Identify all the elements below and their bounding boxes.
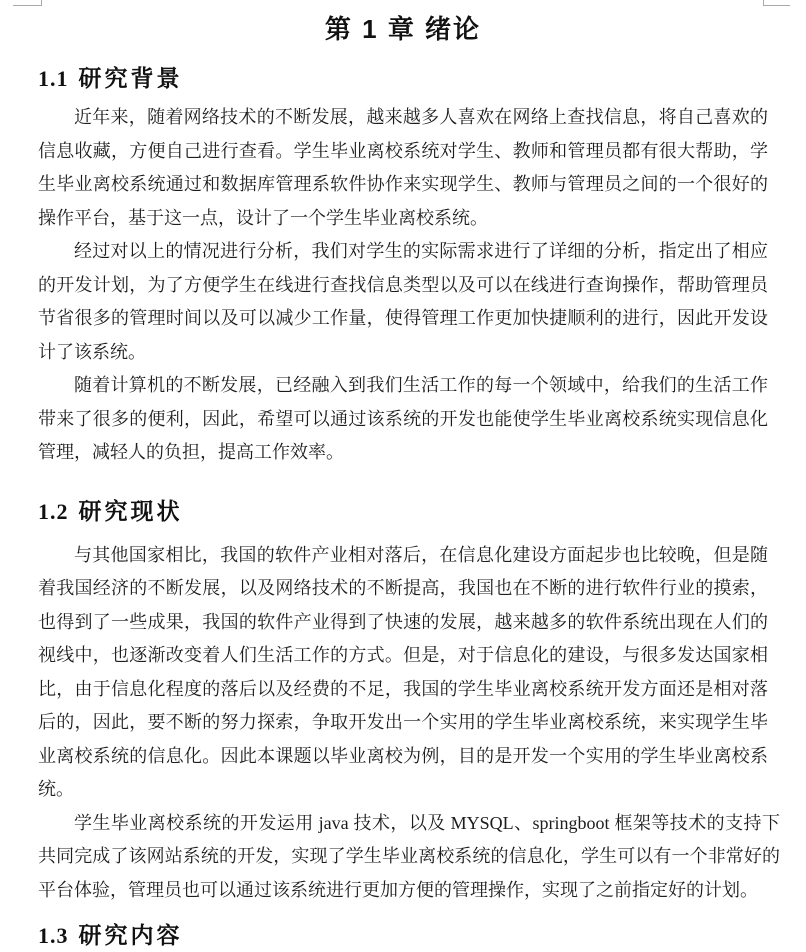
paragraph: 学生毕业离校系统的开发运用 java 技术，以及 MYSQL、springboo… <box>38 807 780 908</box>
section-heading-1-2: 1.2研究现状 <box>38 497 768 526</box>
paragraph: 随着计算机的不断发展，已经融入到我们生活工作的每一个领域中，给我们的生活工作带来… <box>38 369 768 470</box>
chapter-title: 第 1 章 绪论 <box>38 12 768 46</box>
paragraph: 与其他国家相比，我国的软件产业相对落后，在信息化建设方面起步也比较晚，但是随着我… <box>38 539 768 807</box>
section-research-content: 1.3研究内容 <box>38 921 768 950</box>
section-heading-label: 研究背景 <box>79 65 183 91</box>
text-boundary-mark-top-left-horizontal <box>13 5 41 6</box>
page-content: 第 1 章 绪论 1.1研究背景 近年来，随着网络技术的不断发展，越来越多人喜欢… <box>38 0 768 950</box>
section-heading-1-3: 1.3研究内容 <box>38 921 768 950</box>
section-heading-1-1: 1.1研究背景 <box>38 64 768 93</box>
section-heading-number: 1.1 <box>38 66 69 91</box>
section-research-background: 1.1研究背景 近年来，随着网络技术的不断发展，越来越多人喜欢在网络上查找信息，… <box>38 64 768 470</box>
document-page: 第 1 章 绪论 1.1研究背景 近年来，随着网络技术的不断发展，越来越多人喜欢… <box>0 0 806 952</box>
paragraph: 近年来，随着网络技术的不断发展，越来越多人喜欢在网络上查找信息，将自己喜欢的信息… <box>38 101 768 235</box>
section-heading-label: 研究现状 <box>79 498 183 524</box>
paragraph: 经过对以上的情况进行分析，我们对学生的实际需求进行了详细的分析，指定出了相应的开… <box>38 235 768 369</box>
section-heading-label: 研究内容 <box>79 922 183 948</box>
section-heading-number: 1.3 <box>38 923 69 948</box>
section-heading-number: 1.2 <box>38 499 69 524</box>
section-research-status: 1.2研究现状 与其他国家相比，我国的软件产业相对落后，在信息化建设方面起步也比… <box>38 497 768 908</box>
